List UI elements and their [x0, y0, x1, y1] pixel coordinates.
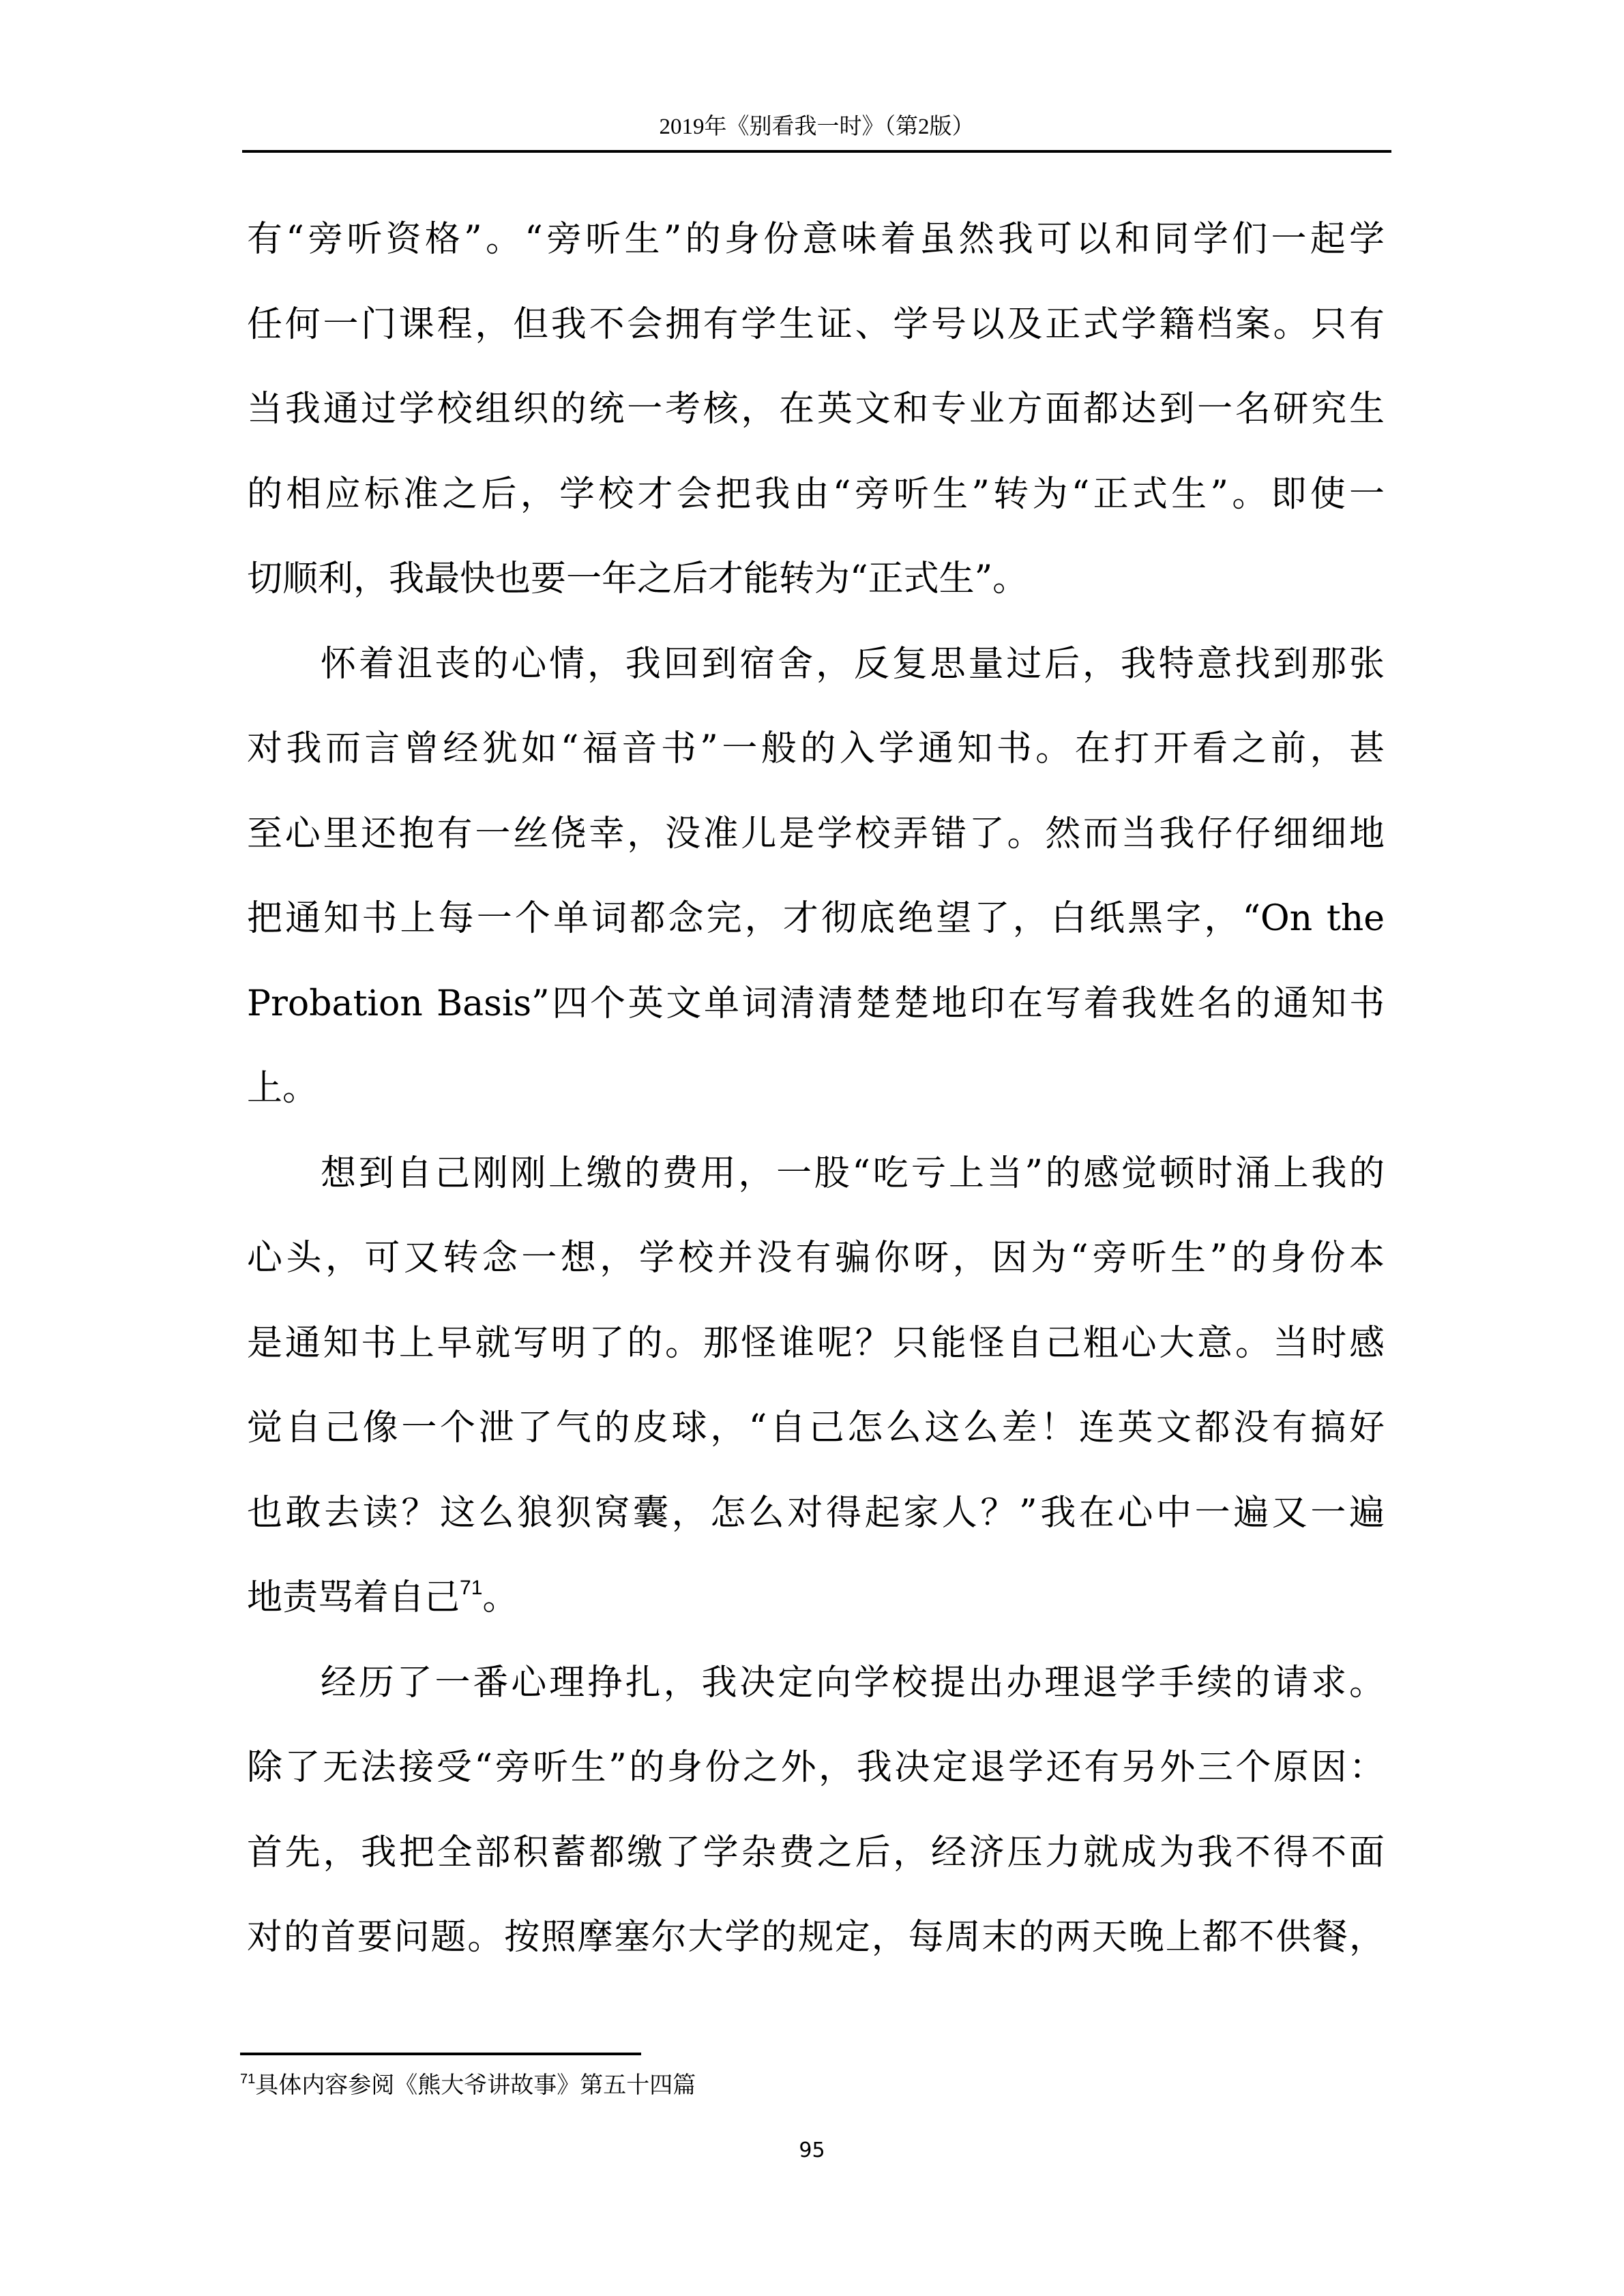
footnote: 71具体内容参阅《熊大爷讲故事》第五十四篇 [240, 2070, 696, 2100]
text-line: 至心里还抱有一丝侥幸，没准儿是学校弄错了。然而当我仔仔细细地 [247, 811, 1385, 897]
text-line: 是通知书上早就写明了的。那怪谁呢？只能怪自己粗心大意。当时感 [247, 1321, 1385, 1406]
text-line: 对我而言曾经犹如“福音书”一般的入学通知书。在打开看之前，甚 [247, 726, 1385, 811]
footnote-number: 71 [240, 2072, 255, 2087]
text-line: 除了无法接受“旁听生”的身份之外，我决定退学还有另外三个原因： [247, 1745, 1385, 1830]
text-line: 也敢去读？这么狼狈窝囊，怎么对得起家人？”我在心中一遍又一遍 [247, 1491, 1385, 1576]
text-line: 心头，可又转念一想，学校并没有骗你呀，因为“旁听生”的身份本 [247, 1236, 1385, 1321]
page-number: 95 [0, 2138, 1624, 2162]
text-line-content: 地责骂着自己 [247, 1577, 460, 1618]
text-line-with-footnote: 地责骂着自己71。 [247, 1575, 1385, 1660]
text-line: 上。 [247, 1066, 1385, 1151]
running-header-title: 2019年《别看我一时》（第2版） [242, 113, 1391, 140]
body-text: 有“旁听资格”。“旁听生”的身份意味着虽然我可以和同学们一起学 任何一门课程，但… [247, 217, 1385, 2000]
footnote-text: 具体内容参阅《熊大爷讲故事》第五十四篇 [255, 2072, 696, 2099]
text-line: 觉自己像一个泄了气的皮球，“自己怎么这么差！连英文都没有搞好 [247, 1405, 1385, 1491]
text-line: Probation Basis”四个英文单词清清楚楚地印在写着我姓名的通知书 [247, 981, 1385, 1067]
text-line: 切顺利，我最快也要一年之后才能转为“正式生”。 [247, 556, 1385, 642]
paragraph-first-line: 怀着沮丧的心情，我回到宿舍，反复思量过后，我特意找到那张 [247, 642, 1385, 727]
text-line: 把通知书上每一个单词都念完，才彻底绝望了，白纸黑字，“On the [247, 896, 1385, 981]
text-line: 的相应标准之后，学校才会把我由“旁听生”转为“正式生”。即使一 [247, 472, 1385, 557]
text-line: 当我通过学校组织的统一考核，在英文和专业方面都达到一名研究生 [247, 387, 1385, 472]
footnote-separator [240, 2053, 641, 2055]
text-line: 首先，我把全部积蓄都缴了学杂费之后，经济压力就成为我不得不面 [247, 1830, 1385, 1915]
text-line: 任何一门课程，但我不会拥有学生证、学号以及正式学籍档案。只有 [247, 302, 1385, 387]
text-line: 有“旁听资格”。“旁听生”的身份意味着虽然我可以和同学们一起学 [247, 217, 1385, 302]
header-rule [242, 150, 1391, 153]
paragraph-first-line: 经历了一番心理挣扎，我决定向学校提出办理退学手续的请求。 [247, 1660, 1385, 1746]
footnote-reference[interactable]: 71 [460, 1577, 482, 1599]
text-line: 对的首要问题。按照摩塞尔大学的规定，每周末的两天晚上都不供餐， [247, 1915, 1385, 2000]
text-line-punctuation: 。 [482, 1577, 518, 1618]
paragraph-first-line: 想到自己刚刚上缴的费用，一股“吃亏上当”的感觉顿时涌上我的 [247, 1151, 1385, 1236]
